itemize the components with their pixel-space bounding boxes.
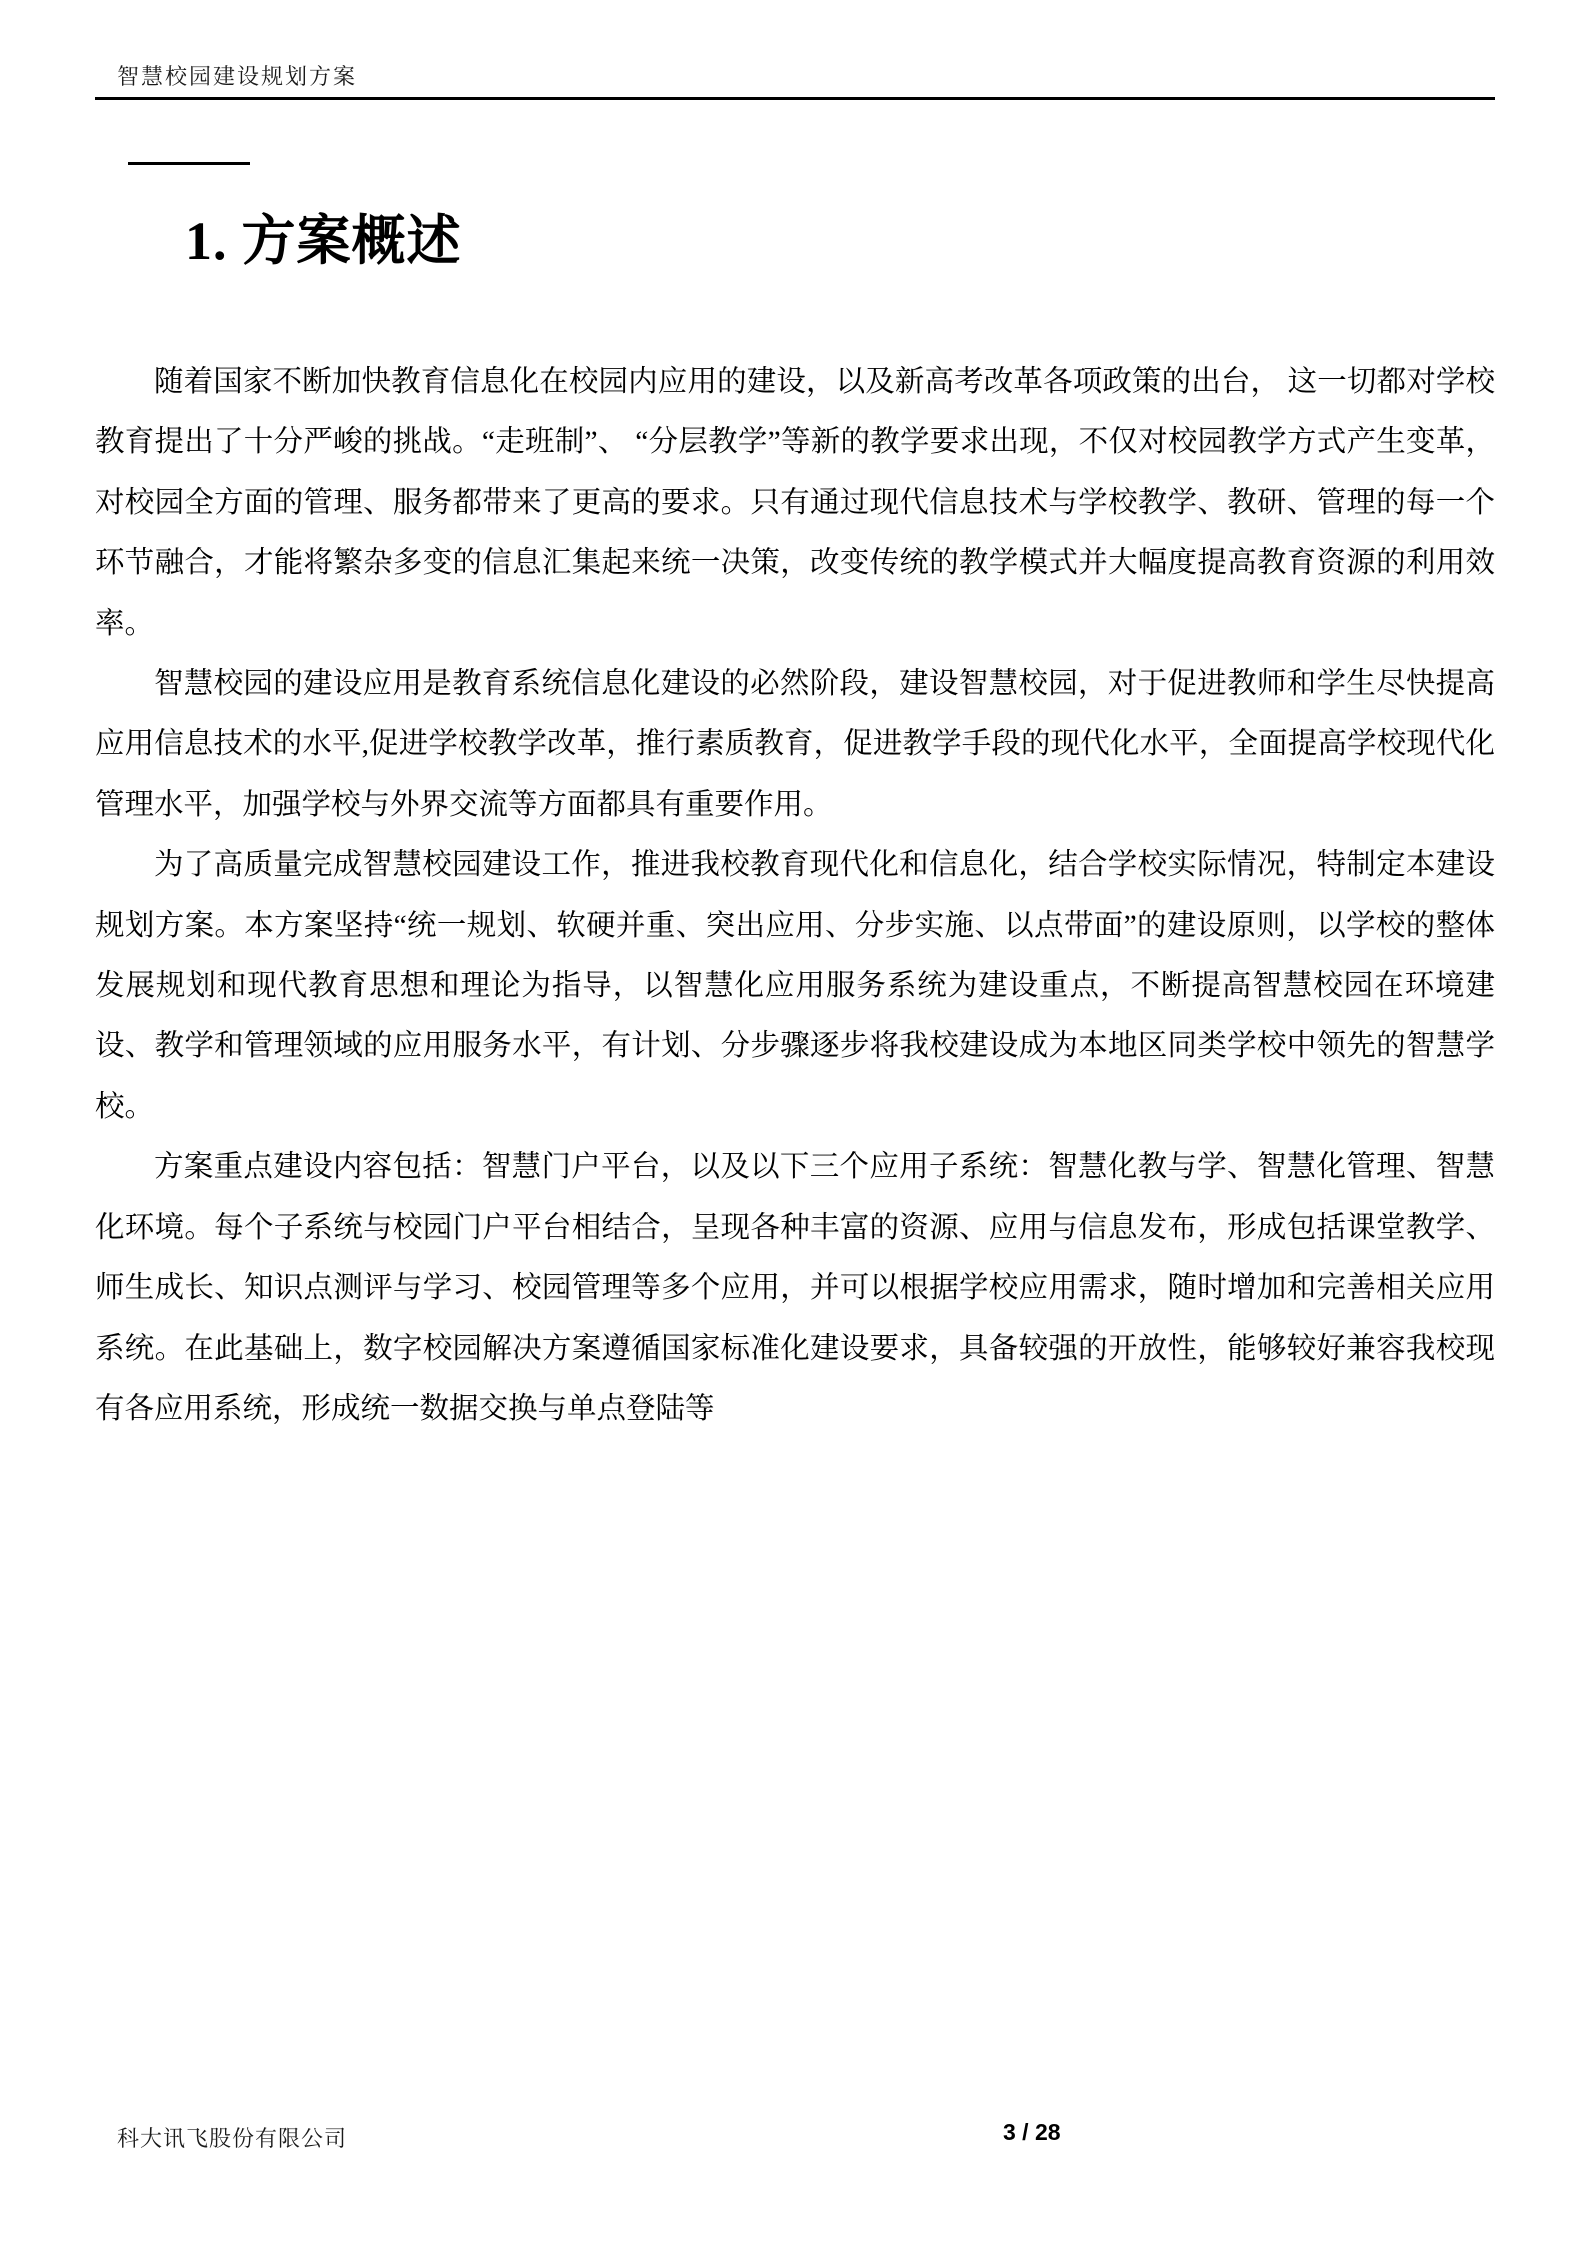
section-title: 方案概述 bbox=[242, 211, 462, 271]
section-number: 1. bbox=[185, 211, 228, 271]
body-paragraph: 方案重点建设内容包括：智慧门户平台，以及以下三个应用子系统：智慧化教与学、智慧化… bbox=[95, 1137, 1495, 1439]
header-rule bbox=[95, 97, 1495, 100]
page-header-title: 智慧校园建设规划方案 bbox=[117, 60, 357, 91]
body-paragraph: 智慧校园的建设应用是教育系统信息化建设的必然阶段，建设智慧校园，对于促进教师和学… bbox=[95, 654, 1495, 835]
footer-company: 科大讯飞股份有限公司 bbox=[117, 2122, 347, 2153]
short-divider-line bbox=[128, 162, 250, 165]
document-page: 智慧校园建设规划方案 1.方案概述 随着国家不断加快教育信息化在校园内应用的建设… bbox=[0, 0, 1587, 2245]
body-paragraph: 为了高质量完成智慧校园建设工作，推进我校教育现代化和信息化，结合学校实际情况，特… bbox=[95, 835, 1495, 1137]
body-text: 随着国家不断加快教育信息化在校园内应用的建设，以及新高考改革各项政策的出台， 这… bbox=[95, 352, 1495, 1439]
body-paragraph: 随着国家不断加快教育信息化在校园内应用的建设，以及新高考改革各项政策的出台， 这… bbox=[95, 352, 1495, 654]
section-heading: 1.方案概述 bbox=[185, 198, 462, 275]
page-number: 3 / 28 bbox=[1003, 2119, 1061, 2146]
